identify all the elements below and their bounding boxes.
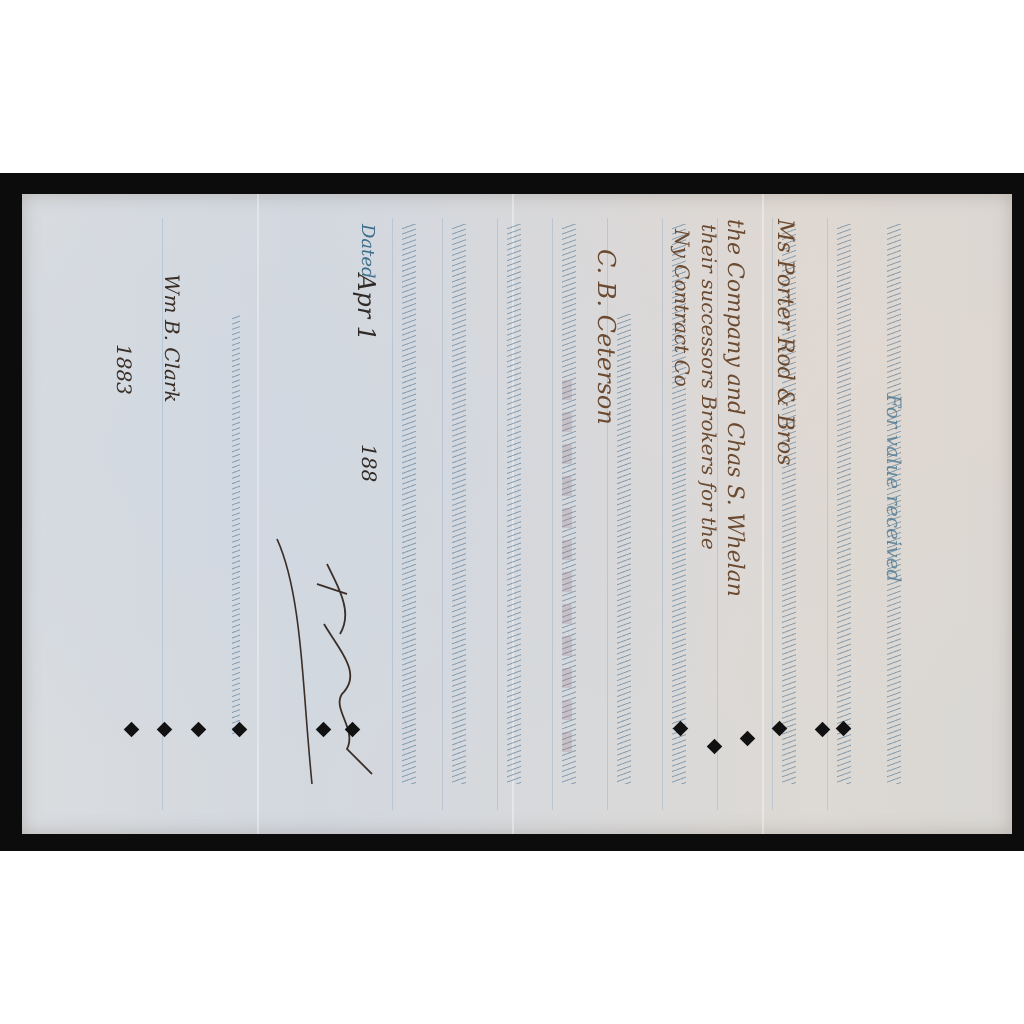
witness-name: Wm B. Clark	[160, 274, 184, 403]
printed-line-signed-in-presence	[232, 314, 240, 734]
transferee-line-3: their successors Brokers for the	[697, 224, 721, 550]
date-month-day: Apr 1	[352, 274, 380, 341]
dated-label: Dated	[357, 224, 378, 279]
transferee-line-2: the Company and Chas S. Whelan	[722, 219, 747, 597]
witness-year: 1883	[112, 344, 136, 395]
ruled-line	[827, 218, 828, 810]
printed-text-column	[452, 224, 466, 784]
fold-line	[257, 194, 259, 834]
cancellation-hole	[707, 739, 723, 755]
ruled-line	[662, 218, 663, 810]
cancellation-hole	[124, 722, 140, 738]
cancellation-hole	[157, 722, 173, 738]
transferee-line-1: Ms Porter Rod & Bros	[772, 219, 797, 466]
for-value-received: For value received	[882, 394, 906, 582]
printed-text-column	[402, 224, 416, 784]
transferee-line-4: Ny Contract Co	[670, 229, 694, 387]
ruled-line	[442, 218, 443, 810]
fold-line	[762, 194, 764, 834]
bleed-through-title: ▮▮▮▮▮▮▮▮▮▮▮▮	[552, 374, 582, 758]
attorney-name: C. B. Ceterson	[592, 249, 620, 425]
printed-text-column	[837, 224, 851, 784]
date-year: 188	[357, 444, 381, 482]
cancellation-hole	[191, 722, 207, 738]
certificate-back: ▮▮▮▮▮▮▮▮▮▮▮▮ Dated For value received Ms…	[22, 194, 1012, 834]
ruled-line	[497, 218, 498, 810]
cancellation-hole	[740, 731, 756, 747]
printed-text-column	[507, 224, 521, 784]
ruled-line	[392, 218, 393, 810]
signature	[272, 534, 382, 794]
